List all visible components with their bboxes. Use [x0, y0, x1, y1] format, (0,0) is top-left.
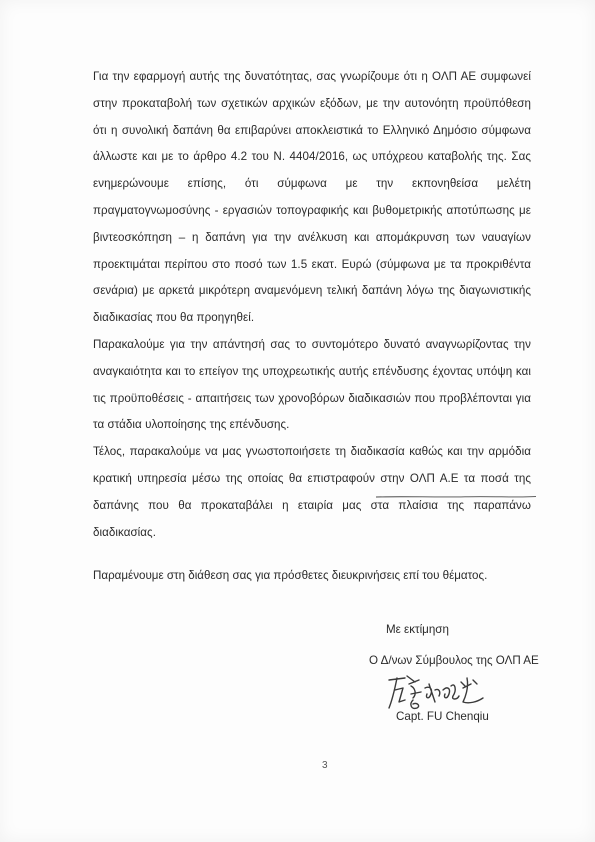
letter-body: Για την εφαρμογή αυτής της δυνατότητας, … [93, 64, 531, 546]
paragraph-reimbursement: Τέλος, παρακαλούμε να μας γνωστοποιήσετε… [93, 439, 531, 546]
handwritten-signature-icon [385, 672, 485, 714]
signoff-text: Με εκτίμηση [386, 622, 449, 638]
closing-remark: Παραμένουμε στη διάθεση σας για πρόσθετε… [93, 566, 487, 586]
page-number: 3 [322, 760, 328, 771]
paragraph-request-reply: Παρακαλούμε για την απάντησή σας το συντ… [93, 332, 531, 439]
paragraph-advance-payment: Για την εφαρμογή αυτής της δυνατότητας, … [93, 64, 531, 332]
document-page: Για την εφαρμογή αυτής της δυνατότητας, … [0, 0, 595, 842]
paragraph-reimbursement-end: που θα προκαταβάλει η εταιρία μας στα πλ… [93, 499, 531, 539]
signer-title: Ο Δ/νων Σύμβουλος της ΟΛΠ ΑΕ [369, 653, 539, 669]
signer-name: Capt. FU Chenqiu [396, 709, 489, 725]
